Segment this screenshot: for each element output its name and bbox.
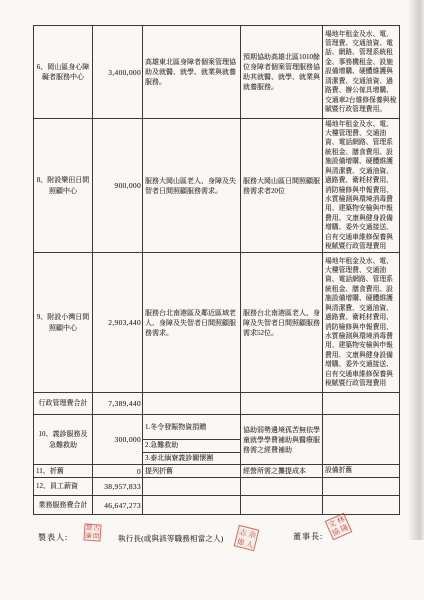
cell-content: 服務台北南港區及鄰近區域老人、身障及失智者日間照顧服務需求。: [143, 253, 241, 392]
sub-item-text: 3.泰北緬寮義診關懷團: [145, 454, 213, 463]
table-row: 9、附設小灣日間照顧中心 2,903,440 服務台北南港區及鄰近區域老人、身障…: [34, 253, 399, 393]
usage-text: 場地年租金及水、電、大樓管理費、交通油資、電話網路、管理系統租金、膳食費用、設施…: [325, 120, 397, 252]
cell-amount: 38,957,833: [93, 478, 143, 495]
cell-content-subitems: 1.冬令發賑物資捐贈 2.急難救助 3.泰北緬寮義診關懷團: [143, 415, 241, 464]
cell-content: [143, 496, 241, 514]
cell-content: [143, 393, 241, 414]
benefit-text: 服務台北南港區老人、身障及失智者日間照顧服務需求52位。: [243, 308, 320, 338]
table-row: 10、義診服務及急難救助 300,000 1.冬令發賑物資捐贈 2.急難救助 3…: [34, 415, 399, 465]
cell-amount: 300,000: [93, 415, 143, 464]
executive-label: 執行長(或與該等職務相當之人): [118, 533, 224, 544]
table-row: 8、附設樂田日間照顧中心 900,000 服務大岡山區老人、身障及失智者日間照顧…: [34, 119, 399, 253]
budget-table: 6、岡山區身心障礙者服務中心 3,400,000 高雄東北區身障者個案管理協助及…: [33, 25, 400, 515]
cell-benefit: 預期協助高雄北區1010餘位身障者個案管理服務協助其就醫、就學、就業與就養服務。: [241, 26, 323, 118]
cell-item-name: 10、義診服務及急難救助: [34, 415, 93, 464]
sub-item-text: 1.冬令發賑物資捐贈: [145, 423, 206, 432]
sub-item-text: 2.急難救助: [145, 441, 178, 450]
benefit-text: 服務大岡山區日間照顧服務需求者20位: [243, 176, 320, 196]
sub-item: 1.冬令發賑物資捐贈: [143, 415, 240, 440]
cell-benefit: [241, 393, 323, 414]
cell-amount: 2,903,440: [93, 253, 143, 392]
cell-benefit: 協助弱勢邊境孤苦無依學童就學學費補助與醫療服務需之經費補助: [241, 415, 323, 464]
preparer-seal-stamp: 慧 古 謙 問: [83, 523, 101, 541]
subtotal-label: 行政管理費合計: [39, 398, 88, 409]
item-name-text: 11、折舊: [36, 466, 64, 477]
cell-item-name: 6、岡山區身心障礙者服務中心: [34, 26, 93, 118]
content-text: 服務大岡山區老人、身障及失智者日間照顧服務需求。: [145, 176, 238, 196]
cell-item-name: 業務服務費合計: [34, 496, 93, 514]
cell-content: 高雄東北區身障者個案管理協助及就醫、就學、就業與就養服務。: [143, 26, 241, 118]
cell-amount: 3,400,000: [93, 26, 143, 118]
chairman-seal-stamp: 文 林 協 隆: [325, 513, 353, 541]
item-name-text: 10、義診服務及急難救助: [36, 429, 90, 450]
cell-usage: [323, 478, 399, 495]
amount-text: 900,000: [115, 181, 141, 190]
item-name-text: 8、附設樂田日間照顧中心: [36, 175, 90, 196]
content-text: 提列折舊: [145, 466, 173, 476]
amount-text: 7,389,440: [108, 399, 141, 408]
cell-usage: [323, 415, 399, 464]
benefit-text: 經營所需之攤提成本: [243, 466, 306, 476]
cell-usage: [323, 393, 399, 414]
content-text: 高雄東北區身障者個案管理協助及就醫、就學、就業與就養服務。: [145, 57, 238, 87]
cell-item-name: 11、折舊: [34, 465, 93, 477]
cell-benefit: 經營所需之攤提成本: [241, 465, 323, 477]
cell-amount: 46,647,273: [93, 496, 143, 514]
cell-item-name: 8、附設樂田日間照顧中心: [34, 119, 93, 252]
cell-benefit: 服務大岡山區日間照顧服務需求者20位: [241, 119, 323, 252]
cell-item-name: 9、附設小灣日間照顧中心: [34, 253, 93, 392]
cell-usage: 場地年租金及水、電、管理費、交通油資、電話、網路、管理系統租金、事務機租金、設施…: [323, 26, 399, 118]
item-name-text: 12、員工薪資: [36, 481, 78, 492]
table-row: 12、員工薪資 38,957,833: [34, 478, 399, 496]
cell-content: 服務大岡山區老人、身障及失智者日間照顧服務需求。: [143, 119, 241, 252]
amount-text: 46,647,273: [104, 501, 141, 510]
total-label: 業務服務費合計: [39, 500, 88, 511]
cell-usage: 設備折舊: [323, 465, 399, 477]
cell-benefit: [241, 478, 323, 495]
chairman-label: 董事長:: [293, 531, 323, 542]
cell-amount: 7,389,440: [93, 393, 143, 414]
usage-text: 設備折舊: [325, 466, 352, 475]
table-row: 6、岡山區身心障礙者服務中心 3,400,000 高雄東北區身障者個案管理協助及…: [34, 26, 399, 119]
cell-usage: 場地年租金及水、電、大樓管理費、交通油資、電話網路、管理系統租金、膳食費用、設施…: [323, 119, 399, 252]
cell-amount: 0: [93, 465, 143, 477]
table-row-grand-total: 業務服務費合計 46,647,273: [34, 496, 399, 514]
seal-char: 古: [93, 525, 101, 533]
seal-char: 人: [244, 538, 255, 549]
cell-content: [143, 478, 241, 495]
sub-item: 2.急難救助: [143, 440, 240, 453]
amount-text: 2,903,440: [108, 318, 141, 327]
amount-text: 300,000: [115, 435, 141, 444]
cell-item-name: 行政管理費合計: [34, 393, 93, 414]
amount-text: 0: [137, 467, 141, 476]
table-row: 11、折舊 0 提列折舊 經營所需之攤提成本 設備折舊: [34, 465, 399, 478]
item-name-text: 6、岡山區身心障礙者服務中心: [36, 62, 90, 83]
cell-content: 提列折舊: [143, 465, 241, 477]
benefit-text: 協助弱勢邊境孤苦無依學童就學學費補助與醫療服務需之經費補助: [243, 425, 320, 455]
amount-text: 38,957,833: [104, 482, 141, 491]
cell-usage: [323, 496, 399, 514]
seal-char: 問: [92, 533, 100, 541]
content-text: 服務台北南港區及鄰近區域老人、身障及失智者日間照顧服務需求。: [145, 308, 238, 338]
usage-text: 場地年租金及水、電、管理費、交通油資、電話、網路、管理系統租金、事務機租金、設施…: [325, 30, 397, 115]
table-row-admin-subtotal: 行政管理費合計 7,389,440: [34, 393, 399, 415]
cell-benefit: [241, 496, 323, 514]
document-page: 6、岡山區身心障礙者服務中心 3,400,000 高雄東北區身障者個案管理協助及…: [0, 0, 424, 600]
preparer-label: 製表人:: [38, 532, 68, 543]
amount-text: 3,400,000: [108, 68, 141, 77]
benefit-text: 預期協助高雄北區1010餘位身障者個案管理服務協助其就醫、就學、就業與就養服務。: [243, 52, 320, 92]
cell-amount: 900,000: [93, 119, 143, 252]
cell-usage: 場地年租金及水、電、大樓管理費、交通油資、電話網路、管理系統租金、膳食費用、設施…: [323, 253, 399, 392]
cell-benefit: 服務台北南港區老人、身障及失智者日間照顧服務需求52位。: [241, 253, 323, 392]
item-name-text: 9、附設小灣日間照顧中心: [36, 312, 90, 333]
cell-item-name: 12、員工薪資: [34, 478, 93, 495]
sub-item: 3.泰北緬寮義診關懷團: [143, 453, 240, 465]
usage-text: 場地年租金及水、電、大樓管理費、交通油資、電話網路、管理系統租金、膳食費用、設施…: [325, 257, 397, 389]
seal-char: 隆: [339, 523, 351, 535]
executive-seal-stamp: 志 余 偉 人: [234, 525, 260, 551]
scan-edge-shadow: [408, 0, 424, 540]
